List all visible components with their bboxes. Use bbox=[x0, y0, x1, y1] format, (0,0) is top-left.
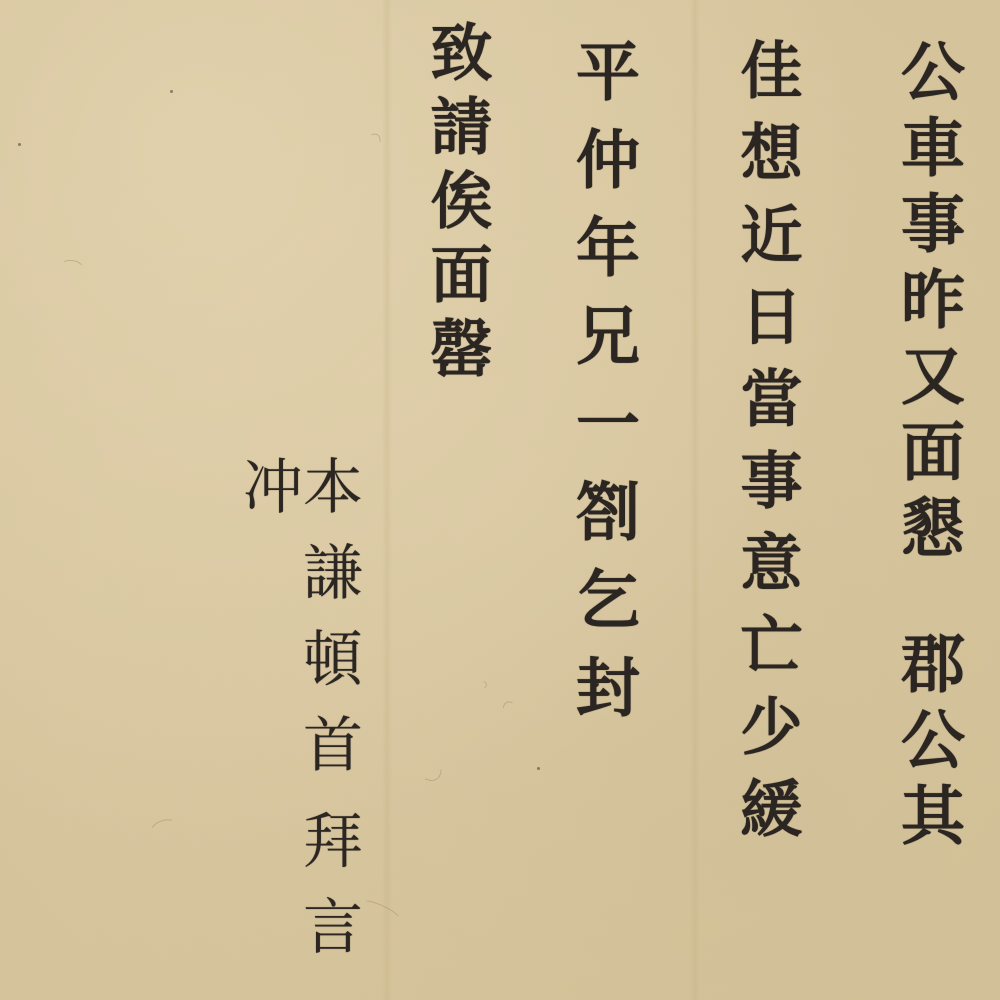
signature-text: 本謙頓首 bbox=[293, 455, 363, 799]
calligraphy-column-1: 公車事昨又面懇郡公其 bbox=[895, 38, 959, 858]
calligraphy-column-2: 佳想近日當事意亡少緩 bbox=[735, 38, 797, 858]
signature-column: 本謙頓首拜言冲 bbox=[238, 455, 358, 1000]
paper-speck bbox=[170, 90, 173, 93]
paper-fold-line bbox=[690, 0, 700, 1000]
paper-speck bbox=[18, 143, 21, 146]
paper-fiber bbox=[392, 718, 451, 788]
column-text: 佳想近日當事意亡少緩 bbox=[730, 38, 803, 858]
paper-fiber bbox=[344, 128, 386, 173]
paper-fiber bbox=[359, 897, 402, 926]
calligraphy-paper: 公車事昨又面懇郡公其 佳想近日當事意亡少緩 平仲年兄一劄乞封 致請俟面罄 本謙頓… bbox=[0, 0, 1000, 1000]
column-text: 平仲年兄一劄乞封 bbox=[565, 38, 640, 742]
paper-fiber bbox=[148, 816, 180, 842]
paper-fiber bbox=[498, 698, 530, 735]
calligraphy-column-3: 平仲年兄一劄乞封 bbox=[570, 38, 634, 742]
column-text: 郡公其 bbox=[890, 630, 965, 858]
column-text: 公車事昨又面懇 bbox=[890, 38, 965, 570]
paper-fiber bbox=[464, 678, 488, 694]
paper-fiber bbox=[59, 258, 85, 278]
calligraphy-column-4: 致請俟面罄 bbox=[425, 20, 487, 390]
column-text: 致請俟面罄 bbox=[420, 20, 493, 390]
paper-speck bbox=[537, 767, 540, 770]
paper-fold-line bbox=[382, 0, 392, 1000]
